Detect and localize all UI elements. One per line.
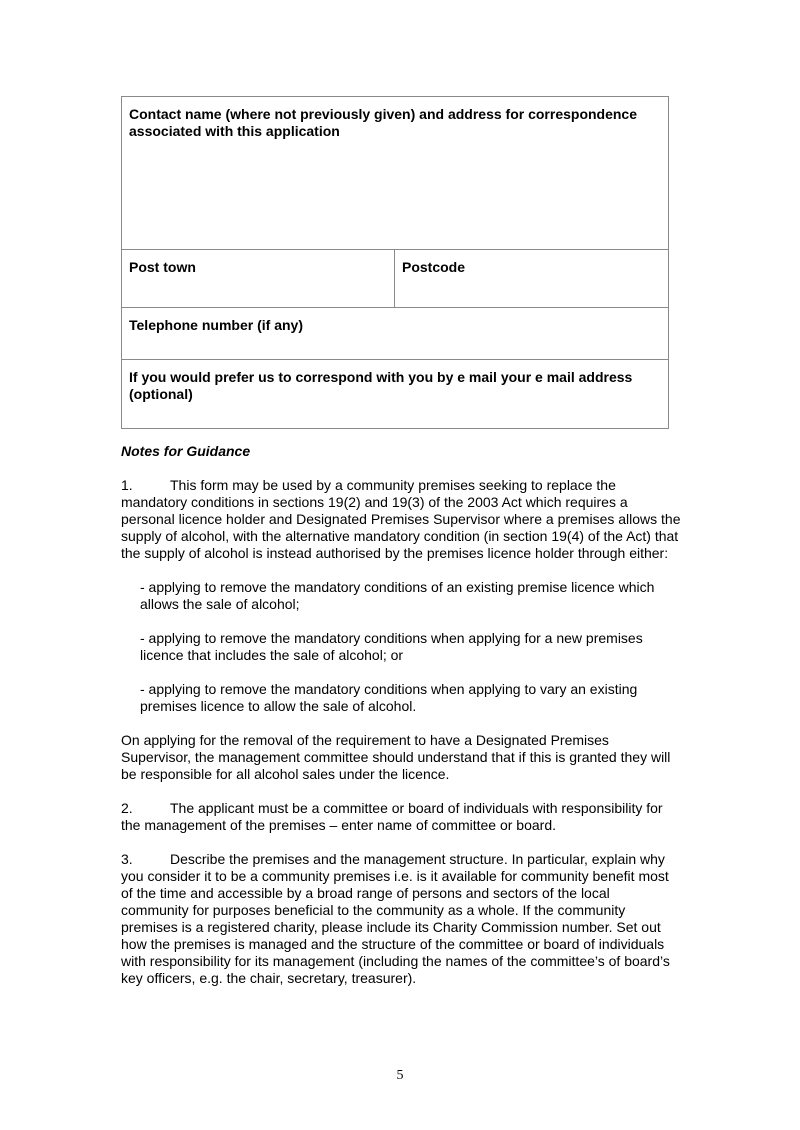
- note-1-bullet: - applying to remove the mandatory condi…: [121, 681, 681, 715]
- postcode-field[interactable]: Postcode: [394, 250, 668, 307]
- email-field[interactable]: If you would prefer us to correspond wit…: [122, 360, 668, 428]
- note-3: 3.Describe the premises and the manageme…: [121, 851, 681, 987]
- email-label: If you would prefer us to correspond wit…: [129, 369, 632, 402]
- contact-address-label: Contact name (where not previously given…: [129, 106, 637, 139]
- note-2: 2.The applicant must be a committee or b…: [121, 800, 681, 834]
- notes-heading: Notes for Guidance: [121, 443, 681, 460]
- post-town-label: Post town: [129, 259, 196, 275]
- contact-details-form: Contact name (where not previously given…: [121, 96, 669, 429]
- note-1-bullet: - applying to remove the mandatory condi…: [121, 579, 681, 613]
- notes-for-guidance: Notes for Guidance 1.This form may be us…: [121, 443, 681, 1004]
- page-number: 5: [0, 1068, 800, 1084]
- telephone-field[interactable]: Telephone number (if any): [122, 308, 668, 359]
- contact-address-field[interactable]: Contact name (where not previously given…: [122, 97, 668, 249]
- note-1: 1.This form may be used by a community p…: [121, 477, 681, 562]
- telephone-label: Telephone number (if any): [129, 317, 303, 333]
- postcode-label: Postcode: [402, 259, 465, 275]
- note-1-bullet: - applying to remove the mandatory condi…: [121, 630, 681, 664]
- dps-paragraph: On applying for the removal of the requi…: [121, 732, 681, 783]
- post-town-field[interactable]: Post town: [122, 250, 394, 307]
